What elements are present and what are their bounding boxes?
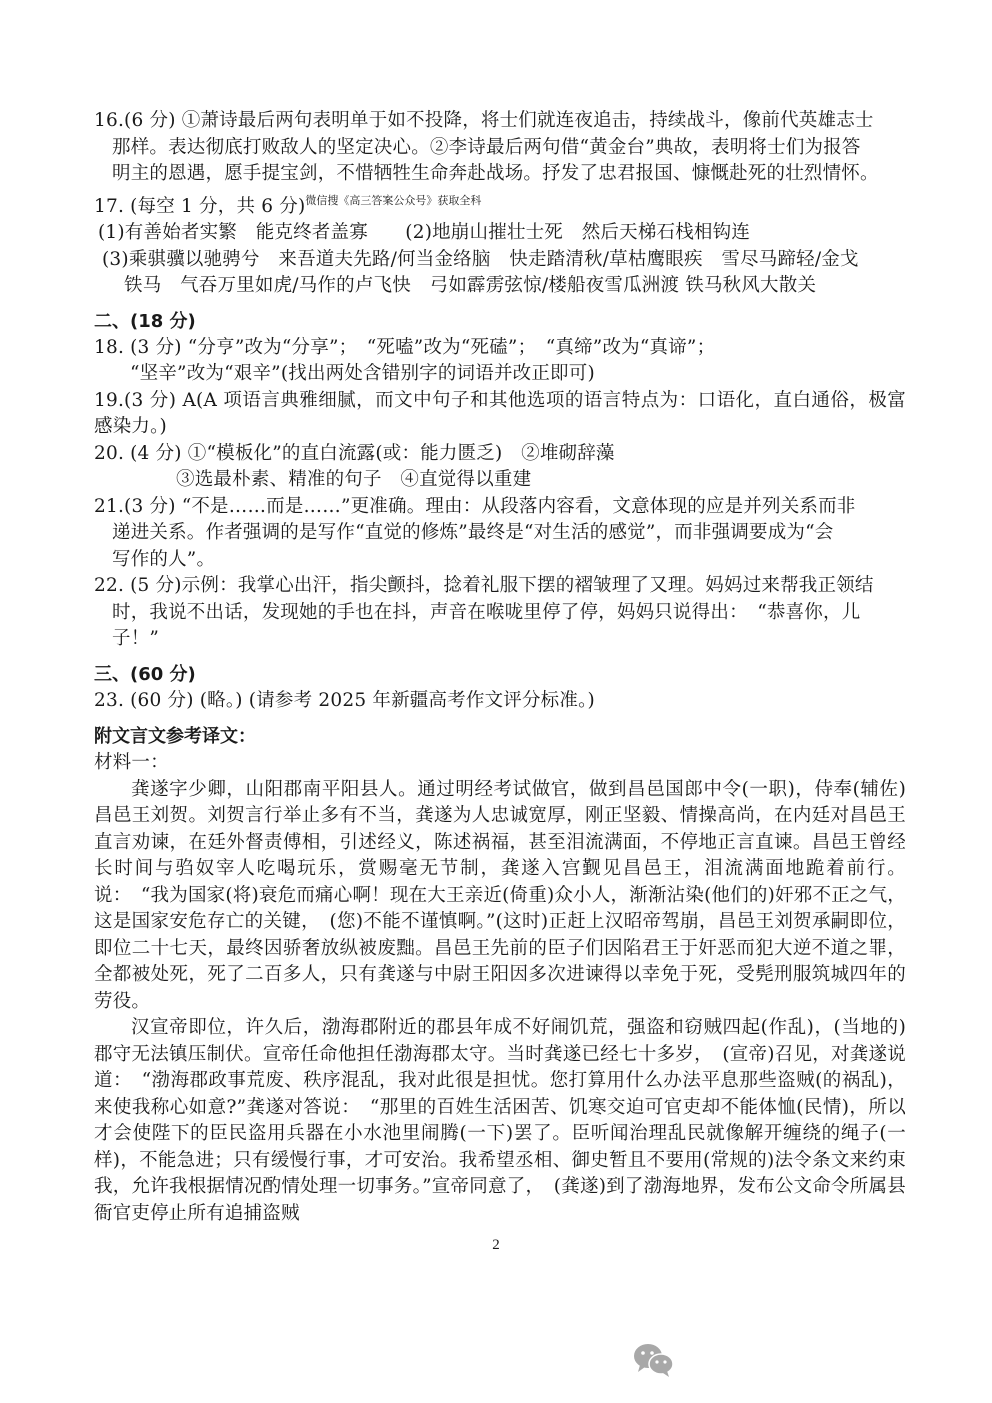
q18-line-1: 18. (3 分) “分亨”改为“分享”； “死嗑”改为“死磕”； “真缔”改为… xyxy=(94,335,906,362)
material-label: 材料一： xyxy=(94,750,906,777)
question-19: 19.(3 分) A(A 项语言典雅细腻，而文中句子和其他选项的语言特点为：口语… xyxy=(94,388,906,441)
appendix-paragraph-1: 龚遂字少卿，山阳郡南平阳县人。通过明经考试做官，做到昌邑国郎中令(一职)，侍奉(… xyxy=(94,777,906,1016)
q21-line-2: 递进关系。作者强调的是写作“直觉的修炼”最终是“对生活的感觉”，而非强调要成为“… xyxy=(94,520,906,547)
q22-line-1: 22. (5 分)示例：我掌心出汗，指尖颤抖，捻着礼服下摆的褶皱理了又理。妈妈过… xyxy=(94,573,906,600)
question-20: 20. (4 分) ①“模板化”的直白流露(或：能力匮乏) ②堆砌辞藻 ③选最朴… xyxy=(94,441,906,494)
appendix-title: 附文言文参考译文： xyxy=(94,724,906,750)
answer-key-page: 16.(6 分) ①萧诗最后两句表明单于如不投降，将士们就连夜追击，持续战斗，像… xyxy=(94,108,906,1227)
q17-header-row: 17. (每空 1 分，共 6 分)微信搜《高三答案公众号》获取全科 xyxy=(94,188,906,221)
section-2-title: 二、(18 分) xyxy=(94,309,906,335)
q16-line-1: 16.(6 分) ①萧诗最后两句表明单于如不投降，将士们就连夜追击，持续战斗，像… xyxy=(94,108,906,135)
question-16: 16.(6 分) ①萧诗最后两句表明单于如不投降，将士们就连夜追击，持续战斗，像… xyxy=(94,108,906,188)
appendix-paragraph-2: 汉宣帝即位，许久后，渤海郡附近的郡县年成不好闹饥荒，强盗和窃贼四起(作乱)，(当… xyxy=(94,1015,906,1227)
q21-line-1: 21.(3 分) “不是……而是……”更准确。理由：从段落内容看，文意体现的应是… xyxy=(94,494,906,521)
q16-line-2: 那样。表达彻底打败敌人的坚定决心。②李诗最后两句借“黄金台”典故，表明将士们为报… xyxy=(94,135,906,162)
q16-line-3: 明主的恩遇，愿手提宝剑，不惜牺牲生命奔赴战场。抒发了忠君报国、慷慨赴死的壮烈情怀… xyxy=(94,161,906,188)
question-17: 17. (每空 1 分，共 6 分)微信搜《高三答案公众号》获取全科 (1)有善… xyxy=(94,188,906,300)
question-21: 21.(3 分) “不是……而是……”更准确。理由：从段落内容看，文意体现的应是… xyxy=(94,494,906,574)
question-23: 23. (60 分) (略。) (请参考 2025 年新疆高考作文评分标准。) xyxy=(94,688,906,715)
q17-line-2: (3)乘骐骥以驰骋兮 来吾道夫先路/何当金络脑 快走踏清秋/草枯鹰眼疾 雪尽马蹄… xyxy=(94,247,906,274)
q21-line-3: 写作的人”。 xyxy=(94,547,906,574)
question-22: 22. (5 分)示例：我掌心出汗，指尖颤抖，捻着礼服下摆的褶皱理了又理。妈妈过… xyxy=(94,573,906,653)
q17-line-1: (1)有善始者实繁 能克终者盖寡 (2)地崩山摧壮士死 然后天梯石栈相钩连 xyxy=(94,220,906,247)
page-number: 2 xyxy=(0,1237,992,1254)
question-18: 18. (3 分) “分亨”改为“分享”； “死嗑”改为“死磕”； “真缔”改为… xyxy=(94,335,906,388)
q17-header: 17. (每空 1 分，共 6 分) xyxy=(94,196,305,217)
q22-line-3: 子！” xyxy=(94,626,906,653)
q20-line-1: 20. (4 分) ①“模板化”的直白流露(或：能力匮乏) ②堆砌辞藻 xyxy=(94,441,906,468)
section-3-title: 三、(60 分) xyxy=(94,662,906,688)
q22-line-2: 时，我说不出话，发现她的手也在抖，声音在喉咙里停了停，妈妈只说得出： “恭喜你，… xyxy=(94,600,906,627)
q17-line-3: 铁马 气吞万里如虎/马作的卢飞快 弓如霹雳弦惊/楼船夜雪瓜洲渡 铁马秋风大散关 xyxy=(94,273,906,300)
wechat-icon xyxy=(632,1342,676,1378)
q20-line-2: ③选最朴素、精准的句子 ④直觉得以重建 xyxy=(94,467,906,494)
watermark-note: 微信搜《高三答案公众号》获取全科 xyxy=(305,194,481,207)
q18-line-2: “坚辛”改为“艰辛”(找出两处含错别字的词语并改正即可) xyxy=(94,361,906,388)
